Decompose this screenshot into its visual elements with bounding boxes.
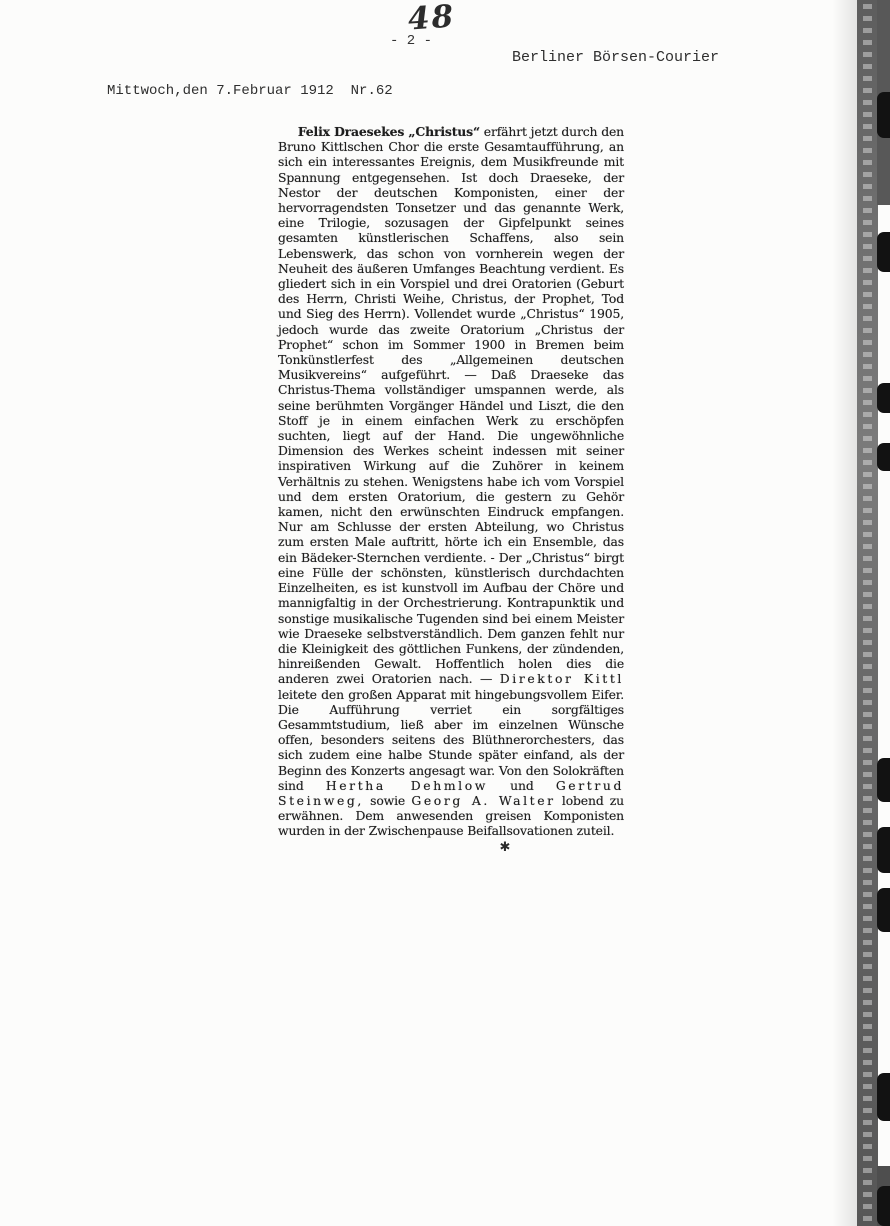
dateline: Mittwoch,den 7.Februar 1912 Nr.62 (107, 83, 393, 99)
scan-artifact-blob (877, 443, 890, 471)
scan-artifact-blob (877, 758, 890, 802)
typed-page-number: - 2 - (390, 33, 432, 49)
scan-edge-glyph-texture (863, 4, 872, 1222)
page-curl-shadow (832, 0, 858, 1226)
newspaper-title: Berliner Börsen-Courier (512, 49, 719, 66)
article-segment: und (488, 778, 556, 793)
article-text: Felix Draesekes „Christus“ erfährt jetzt… (278, 124, 624, 839)
article-segment: Georg A. Walter (411, 793, 555, 808)
scan-edge-strip (857, 0, 878, 1226)
scan-artifact-blob (877, 827, 890, 873)
scan-artifact-blob (877, 383, 890, 413)
scan-artifact-blob (877, 1073, 890, 1121)
article-segment: erfährt jetzt durch den Bruno Kittlschen… (278, 124, 624, 686)
scan-artifact-blob (877, 232, 890, 272)
article-segment: Felix Draesekes „Christus“ (298, 124, 480, 139)
article-segment: Hertha Dehmlow (326, 778, 488, 793)
article-segment: sowie (364, 793, 411, 808)
scan-artifact-blob (877, 888, 890, 932)
end-ornament: ✱ (278, 840, 624, 855)
scanned-page: 48 - 2 - Berliner Börsen-Courier Mittwoc… (0, 0, 890, 1226)
scan-artifact-blob (877, 92, 890, 138)
handwritten-page-number: 48 (407, 0, 457, 38)
article-segment: Direktor Kittl (500, 671, 624, 686)
article-column: Felix Draesekes „Christus“ erfährt jetzt… (278, 124, 624, 855)
scan-artifact-blob (877, 1186, 890, 1226)
